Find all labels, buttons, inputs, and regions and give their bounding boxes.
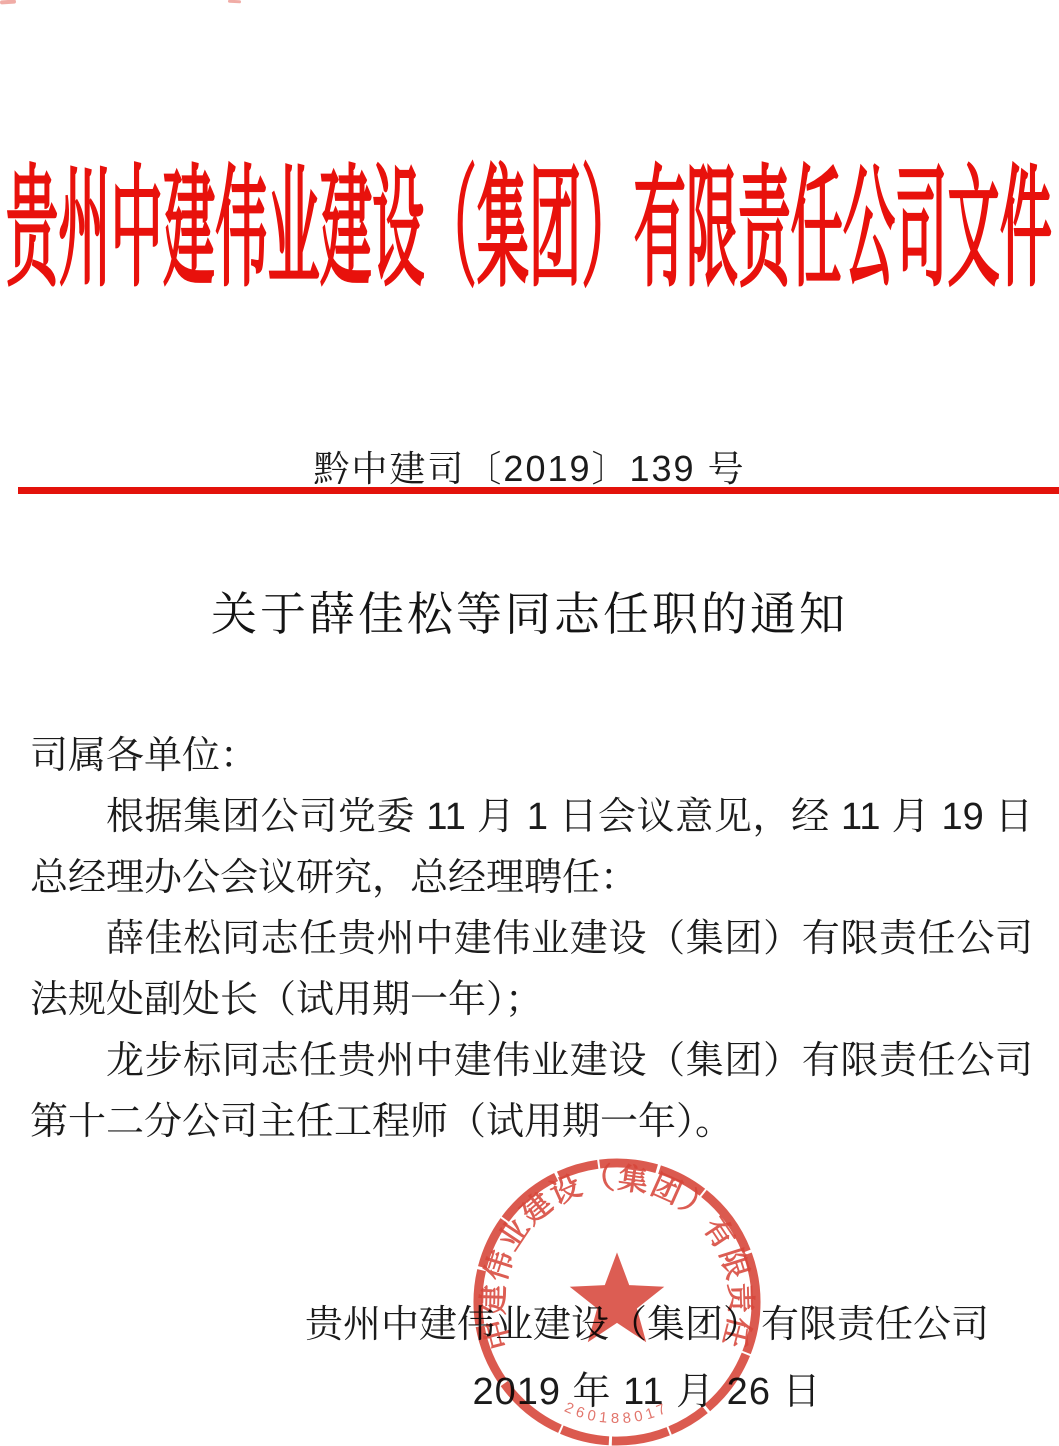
letterhead-org-title: 贵州中建伟业建设（集团）有限责任公司文件: [6, 156, 1052, 303]
body-paragraph: 龙步标同志任贵州中建伟业建设（集团）有限责任公司第十二分公司主任工程师（试用期一…: [30, 1031, 1033, 1153]
document-number: 黔中建司〔2019〕139 号: [0, 441, 1059, 492]
body-paragraph: 根据集团公司党委 11 月 1 日会议意见，经 11 月 19 日总经理办公会议…: [30, 787, 1033, 909]
official-document-page: 贵州中建伟业建设（集团）有限责任公司文件 黔中建司〔2019〕139 号 关于薛…: [0, 0, 1059, 1446]
letterhead-title-svg: 贵州中建伟业建设（集团）有限责任公司文件: [0, 138, 1059, 306]
notice-title: 关于薛佳松等同志任职的通知: [0, 578, 1059, 644]
body-paragraph: 薛佳松同志任贵州中建伟业建设（集团）有限责任公司法规处副处长（试用期一年）；: [30, 909, 1033, 1031]
letterhead-banner: 贵州中建伟业建设（集团）有限责任公司文件: [0, 138, 1059, 306]
official-seal: 贵州中建伟业建设（集团）有限责任公司 5226018801756: [468, 1153, 766, 1446]
scan-artifact-mark: [228, 0, 241, 3]
seal-star-icon: [570, 1252, 665, 1342]
scan-artifact-mark: [0, 0, 16, 5]
salutation: 司属各单位：: [30, 726, 1033, 787]
notice-body: 司属各单位： 根据集团公司党委 11 月 1 日会议意见，经 11 月 19 日…: [30, 726, 1033, 1153]
red-separator-rule: [18, 487, 1059, 494]
